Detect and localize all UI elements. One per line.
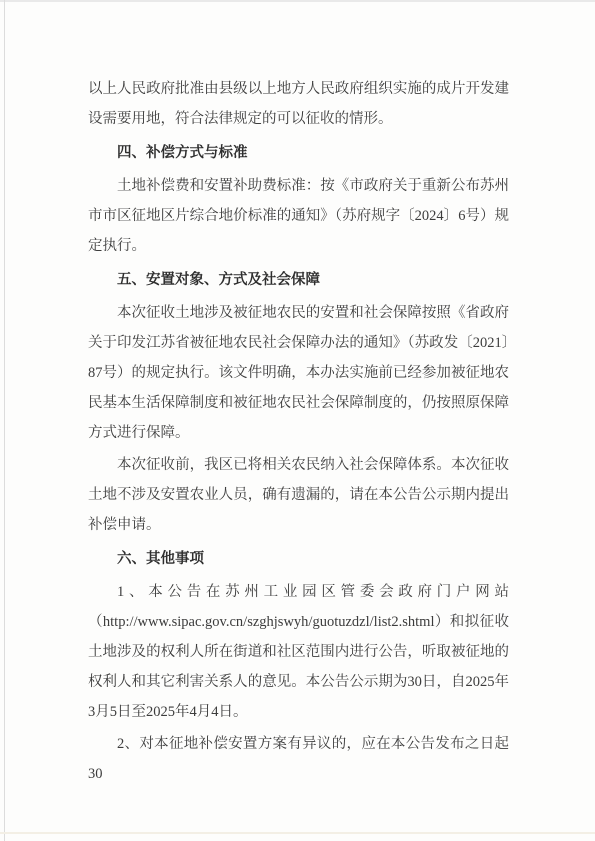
paragraph: 1、本公告在苏州工业园区管委会政府门户网站（http://www.sipac.g… (88, 577, 509, 727)
paragraph: 土地补偿费和安置补助费标准：按《市政府关于重新公布苏州市市区征地区片综合地价标准… (88, 171, 509, 261)
document-body: 以上人民政府批准由县级以上地方人民政府组织实施的成片开发建设需要用地，符合法律规… (88, 72, 509, 789)
paragraph: 本次征收土地涉及被征地农民的安置和社会保障按照《省政府关于印发江苏省被征地农民社… (88, 298, 509, 448)
document-page: 以上人民政府批准由县级以上地方人民政府组织实施的成片开发建设需要用地，符合法律规… (0, 0, 595, 841)
paragraph: 本次征收前，我区已将相关农民纳入社会保障体系。本次征收土地不涉及安置农业人员，确… (88, 450, 509, 540)
section-heading: 五、安置对象、方式及社会保障 (88, 265, 509, 295)
paragraph: 以上人民政府批准由县级以上地方人民政府组织实施的成片开发建设需要用地，符合法律规… (88, 74, 509, 134)
scan-artifact-left-edge (4, 0, 5, 841)
section-heading: 四、补偿方式与标准 (88, 138, 509, 168)
paragraph: 2、对本征地补偿安置方案有异议的，应在本公告发布之日起30 (88, 729, 509, 789)
scan-artifact-top-edge (0, 0, 595, 2)
scan-artifact-bottom-edge (0, 832, 595, 834)
section-heading: 六、其他事项 (88, 544, 509, 574)
